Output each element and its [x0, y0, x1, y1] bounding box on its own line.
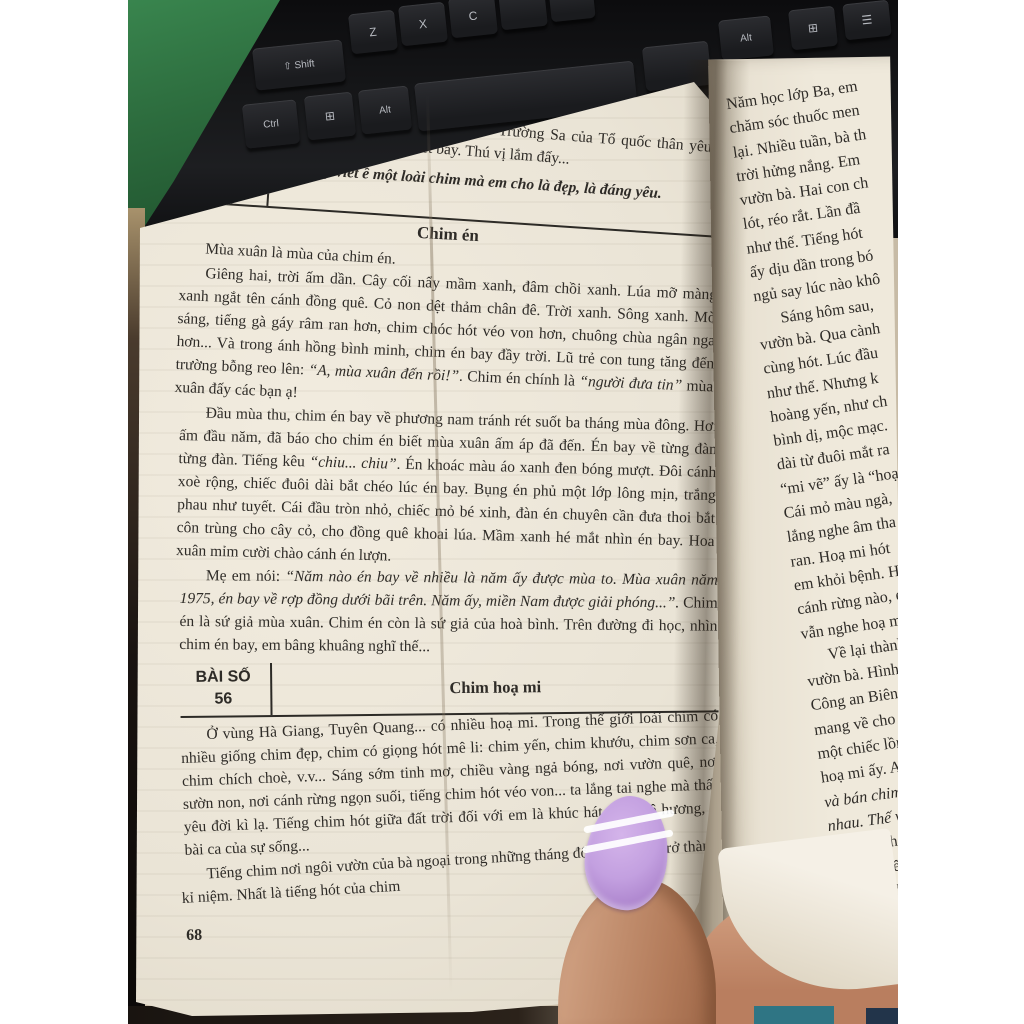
essay1-p2-text: mùa xuân đấy các bạn ạ! — [174, 377, 713, 401]
essay1-p4-quote: “Năm nào én bay về nhiều là năm ấy được … — [180, 568, 718, 611]
essay-title-chim-en: Chim én — [179, 208, 717, 260]
key-x: X — [398, 2, 448, 47]
teal-cloth — [754, 1006, 834, 1024]
key-win-right: ⊞ — [788, 6, 838, 51]
key-alt-right: Alt — [718, 15, 774, 60]
key-menu: ☰ — [842, 0, 892, 40]
key-win-left: ⊞ — [304, 92, 356, 141]
nail-stripe — [582, 829, 674, 853]
dark-corner — [866, 1008, 898, 1024]
essay1-paragraph-3: Đầu mùa thu, chim én bay về phương nam t… — [176, 401, 718, 576]
key-blank — [548, 0, 595, 22]
lesson-56-number: BÀI SỐ 56 — [180, 663, 273, 716]
essay1-p2-text: Giêng hai, trời ấm dần. Cây cối nẩy mầm … — [175, 265, 717, 378]
key-c: C — [448, 0, 498, 38]
key-alt-left: Alt — [358, 86, 412, 135]
essay1-paragraph-1: Mùa xuân là mùa của chim én. — [179, 236, 717, 288]
essay-title-chim-hoa-mi: Chim hoạ mi — [272, 658, 719, 715]
lesson-56-box: BÀI SỐ 56 Chim hoạ mi — [180, 658, 719, 718]
essay1-p3-text: Đầu mùa thu, chim én bay về phương nam t… — [178, 405, 717, 471]
nail-stripe — [583, 809, 675, 833]
essay1-p2-text: . Chim én chính là — [459, 368, 580, 390]
essay1-paragraph-4: Mẹ em nói: “Năm nào én bay về nhiều là n… — [179, 564, 718, 661]
pointing-finger — [566, 792, 724, 1024]
key-blank — [498, 0, 548, 30]
essay1-p2-quote: “A, mùa xuân đến rồi!” — [308, 361, 459, 384]
key-z: Z — [348, 10, 398, 55]
key-shift: ⇧ Shift — [252, 39, 346, 90]
book-photo: Z X C ⇧ Shift Ctrl ⊞ Alt Alt ⊞ ☰ Sau này… — [128, 0, 898, 1024]
essay1-p4-rest: Chim én là sứ giả mùa xuân. Chim én còn … — [179, 594, 718, 655]
essay1-p3-text: . Én khoác màu áo xanh đen bóng mượt. Đô… — [176, 456, 717, 565]
key-ctrl: Ctrl — [242, 99, 300, 148]
essay1-p4-lead: Mẹ em nói: — [206, 567, 286, 585]
essay1-paragraph-2: Giêng hai, trời ấm dần. Cây cối nẩy mầm … — [174, 261, 717, 421]
essay1-p3-quote: “chiu... chiu” — [309, 453, 396, 472]
essay1-p2-quote: “người đưa tin” — [579, 373, 682, 394]
